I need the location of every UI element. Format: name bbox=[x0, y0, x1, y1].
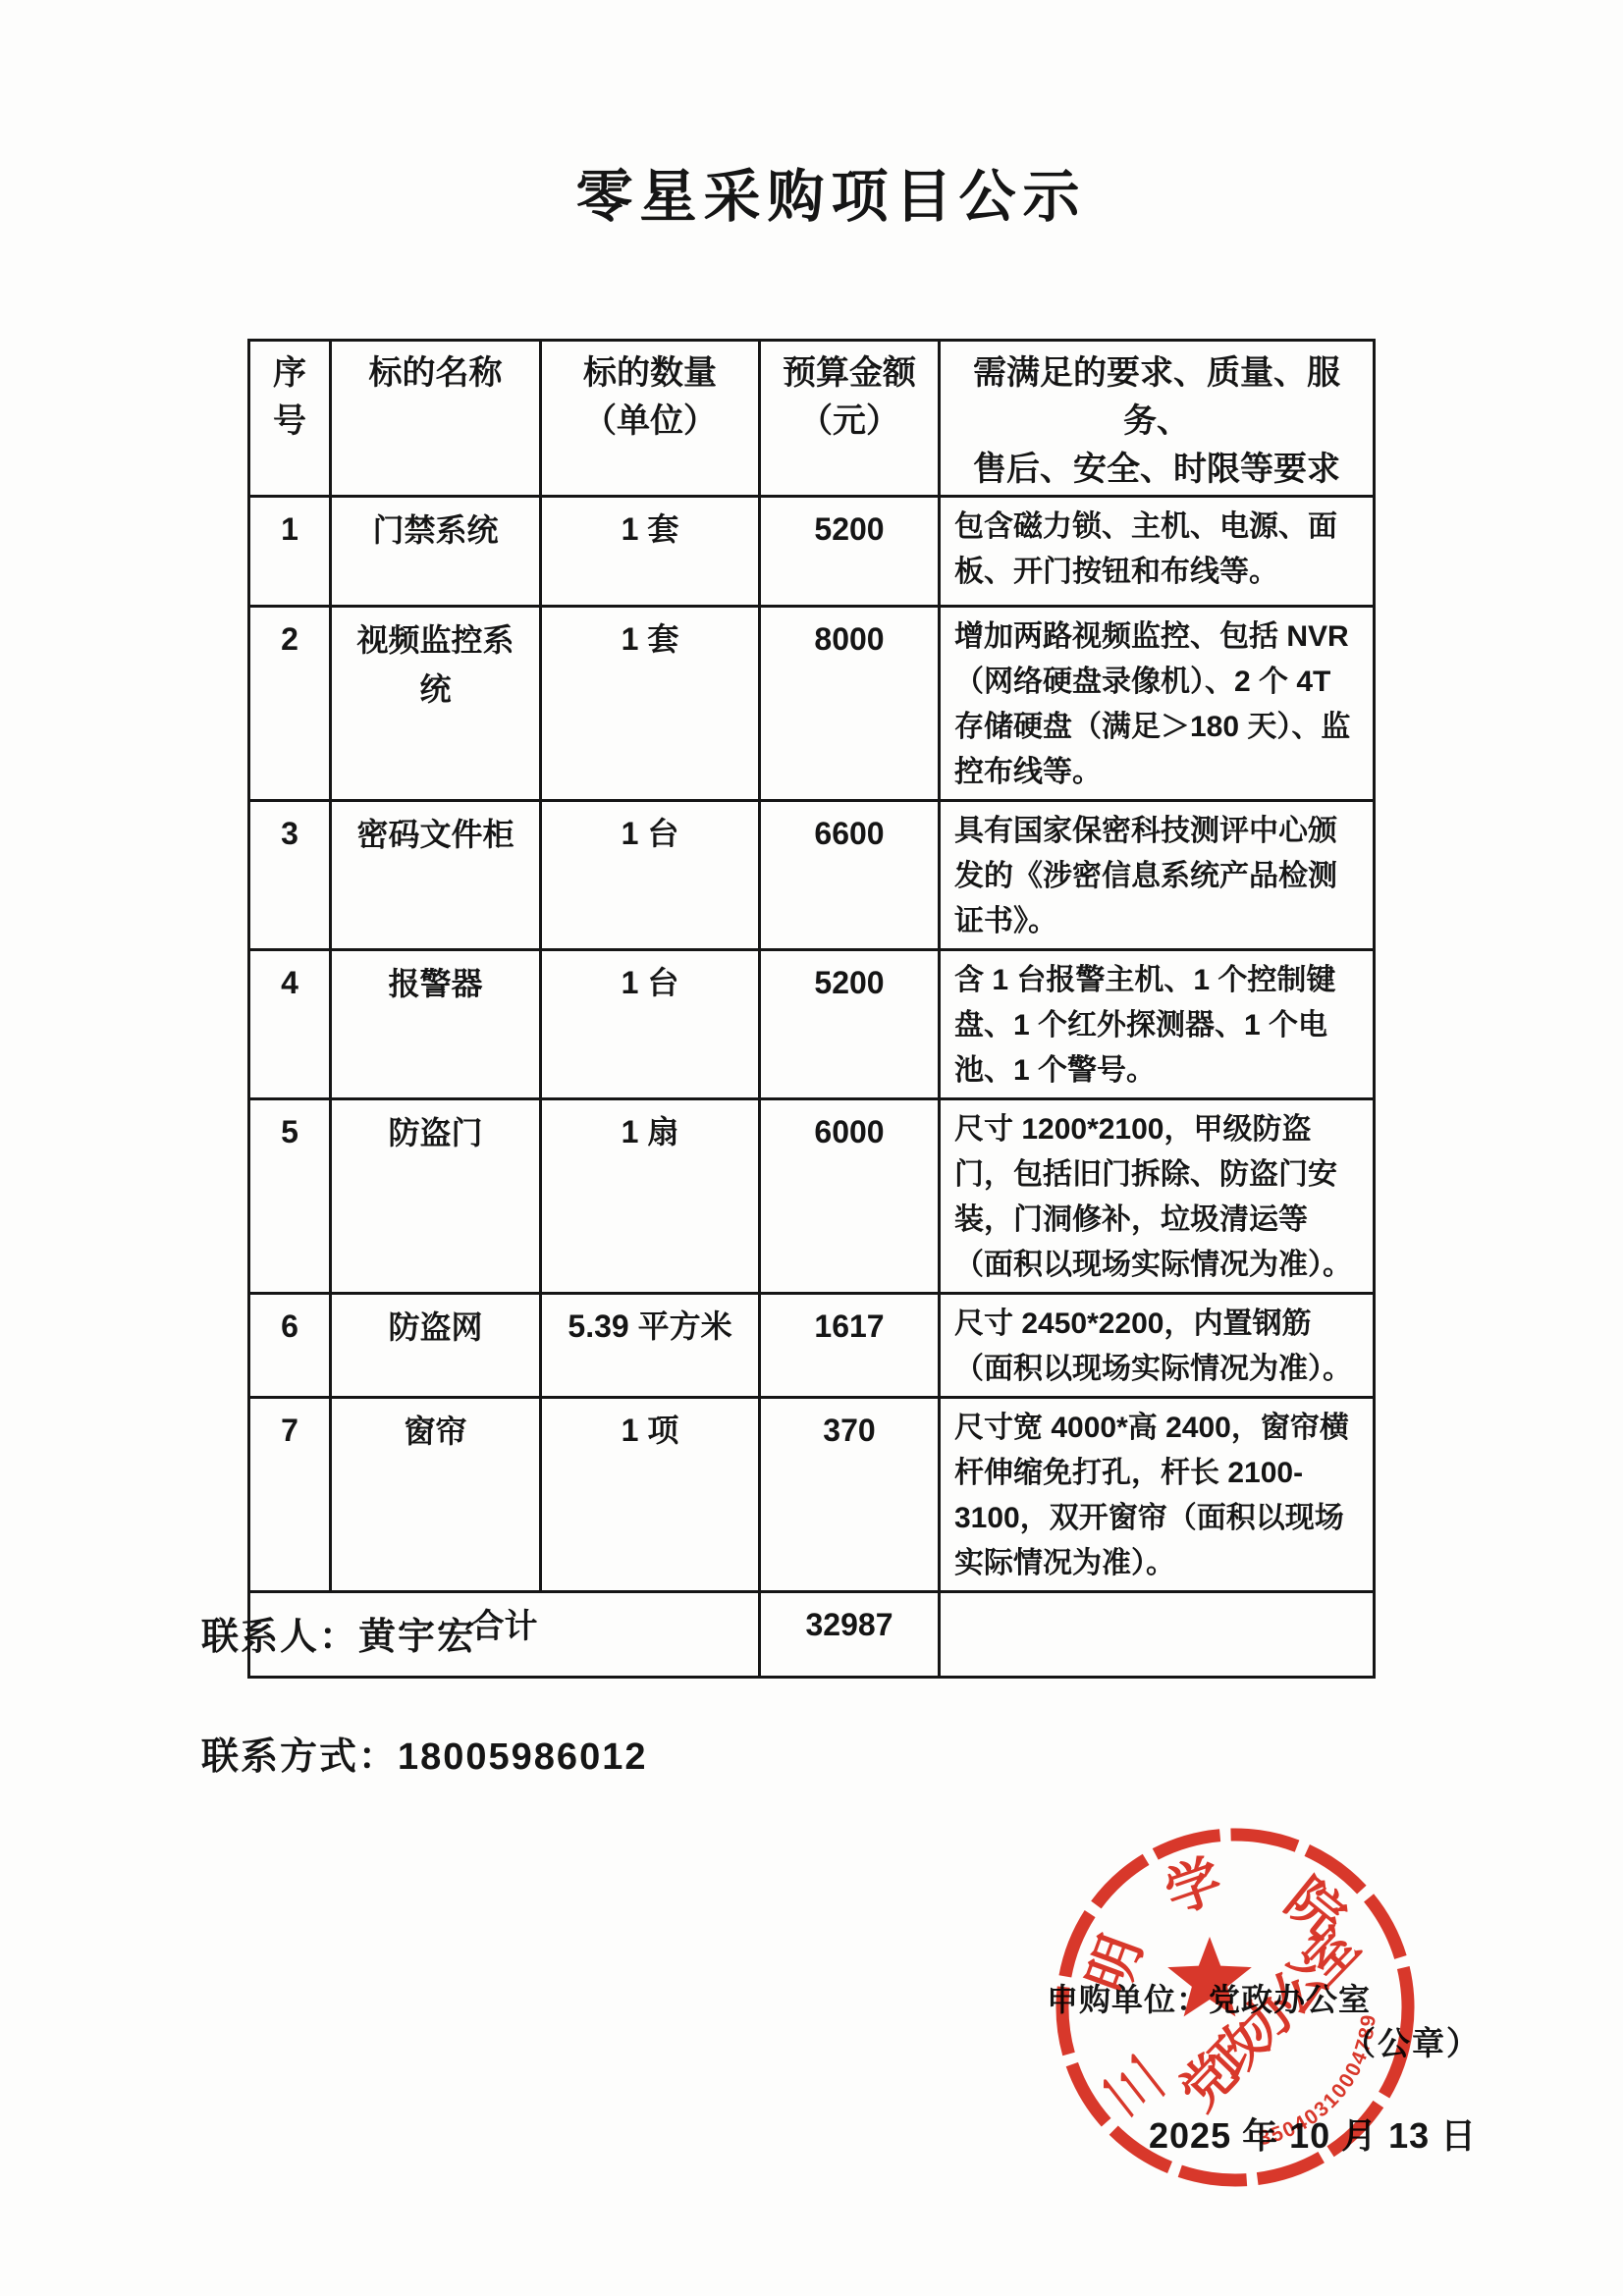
cell-qty: 1 扇 bbox=[541, 1099, 760, 1294]
cell-qty: 1 项 bbox=[541, 1398, 760, 1592]
cell-budget: 8000 bbox=[760, 607, 940, 801]
cell-budget: 370 bbox=[760, 1398, 940, 1592]
cell-budget: 5200 bbox=[760, 497, 940, 607]
cell-name: 视频监控系统 bbox=[331, 607, 541, 801]
cell-no: 5 bbox=[249, 1099, 331, 1294]
cell-no: 3 bbox=[249, 801, 331, 950]
purchasing-unit-line: 申购单位：党政办公室 bbox=[1047, 1975, 1371, 2020]
table-row: 3 密码文件柜 1 台 6600 具有国家保密科技测评中心颁发的《涉密信息系统产… bbox=[249, 801, 1375, 950]
cell-req: 含 1 台报警主机、1 个控制键盘、1 个红外探测器、1 个电池、1 个警号。 bbox=[940, 950, 1375, 1099]
cell-req: 具有国家保密科技测评中心颁发的《涉密信息系统产品检测证书》。 bbox=[940, 801, 1375, 950]
cell-req: 尺寸 2450*2200，内置钢筋（面积以现场实际情况为准）。 bbox=[940, 1294, 1375, 1398]
contact-phone: 联系方式：18005986012 bbox=[201, 1726, 647, 1780]
cell-budget: 1617 bbox=[760, 1294, 940, 1398]
cell-budget: 6000 bbox=[760, 1099, 940, 1294]
cell-no: 7 bbox=[249, 1398, 331, 1592]
header-no: 序 号 bbox=[249, 341, 331, 497]
page-title: 零星采购项目公示 bbox=[20, 169, 1623, 226]
header-qty: 标的数量 （单位） bbox=[541, 341, 760, 497]
cell-qty: 1 套 bbox=[541, 497, 760, 607]
cell-no: 6 bbox=[249, 1294, 331, 1398]
cell-name: 防盗门 bbox=[331, 1099, 541, 1294]
cell-name: 密码文件柜 bbox=[331, 801, 541, 950]
total-budget: 32987 bbox=[760, 1592, 940, 1678]
cell-name: 窗帘 bbox=[331, 1398, 541, 1592]
total-empty-cell bbox=[940, 1592, 1375, 1678]
table-row: 4 报警器 1 台 5200 含 1 台报警主机、1 个控制键盘、1 个红外探测… bbox=[249, 950, 1375, 1099]
stamp-ring-char: 学 bbox=[1158, 1848, 1229, 1925]
cell-req: 增加两路视频监控、包括 NVR（网络硬盘录像机）、2 个 4T 存储硬盘（满足＞… bbox=[940, 607, 1375, 801]
procurement-table: 序 号 标的名称 标的数量 （单位） 预算金额 （元） 需满足的要求、质量、服务… bbox=[247, 339, 1376, 1679]
cell-qty: 5.39 平方米 bbox=[541, 1294, 760, 1398]
cell-budget: 6600 bbox=[760, 801, 940, 950]
cell-req: 尺寸 1200*2100，甲级防盗门，包括旧门拆除、防盗门安装，门洞修补，垃圾清… bbox=[940, 1099, 1375, 1294]
cell-name: 门禁系统 bbox=[331, 497, 541, 607]
header-requirements: 需满足的要求、质量、服务、 售后、安全、时限等要求 bbox=[940, 341, 1375, 497]
cell-name: 报警器 bbox=[331, 950, 541, 1099]
cell-budget: 5200 bbox=[760, 950, 940, 1099]
cell-req: 尺寸宽 4000*高 2400，窗帘横杆伸缩免打孔，杆长 2100-3100，双… bbox=[940, 1398, 1375, 1592]
stamp-ring-char: 院 bbox=[1275, 1866, 1357, 1949]
header-name: 标的名称 bbox=[331, 341, 541, 497]
cell-qty: 1 台 bbox=[541, 801, 760, 950]
cell-no: 2 bbox=[249, 607, 331, 801]
table-row: 1 门禁系统 1 套 5200 包含磁力锁、主机、电源、面板、开门按钮和布线等。 bbox=[249, 497, 1375, 607]
table-row: 6 防盗网 5.39 平方米 1617 尺寸 2450*2200，内置钢筋（面积… bbox=[249, 1294, 1375, 1398]
cell-qty: 1 台 bbox=[541, 950, 760, 1099]
table-row: 7 窗帘 1 项 370 尺寸宽 4000*高 2400，窗帘横杆伸缩免打孔，杆… bbox=[249, 1398, 1375, 1592]
table-header-row: 序 号 标的名称 标的数量 （单位） 预算金额 （元） 需满足的要求、质量、服务… bbox=[249, 341, 1375, 497]
document-page: 零星采购项目公示 序 号 标的名称 标的数量 （单位） 预算金额 （元） 需满足 bbox=[0, 0, 1623, 2296]
header-budget: 预算金额 （元） bbox=[760, 341, 940, 497]
cell-name: 防盗网 bbox=[331, 1294, 541, 1398]
date-line: 2025 年 10 月 13 日 bbox=[1149, 2109, 1477, 2159]
table-row: 5 防盗门 1 扇 6000 尺寸 1200*2100，甲级防盗门，包括旧门拆除… bbox=[249, 1099, 1375, 1294]
table-row: 2 视频监控系统 1 套 8000 增加两路视频监控、包括 NVR（网络硬盘录像… bbox=[249, 607, 1375, 801]
cell-no: 4 bbox=[249, 950, 331, 1099]
cell-qty: 1 套 bbox=[541, 607, 760, 801]
contact-person: 联系人：黄宇宏 bbox=[201, 1606, 476, 1660]
cell-no: 1 bbox=[249, 497, 331, 607]
seal-note: （公章） bbox=[1343, 2018, 1481, 2064]
cell-req: 包含磁力锁、主机、电源、面板、开门按钮和布线等。 bbox=[940, 497, 1375, 607]
